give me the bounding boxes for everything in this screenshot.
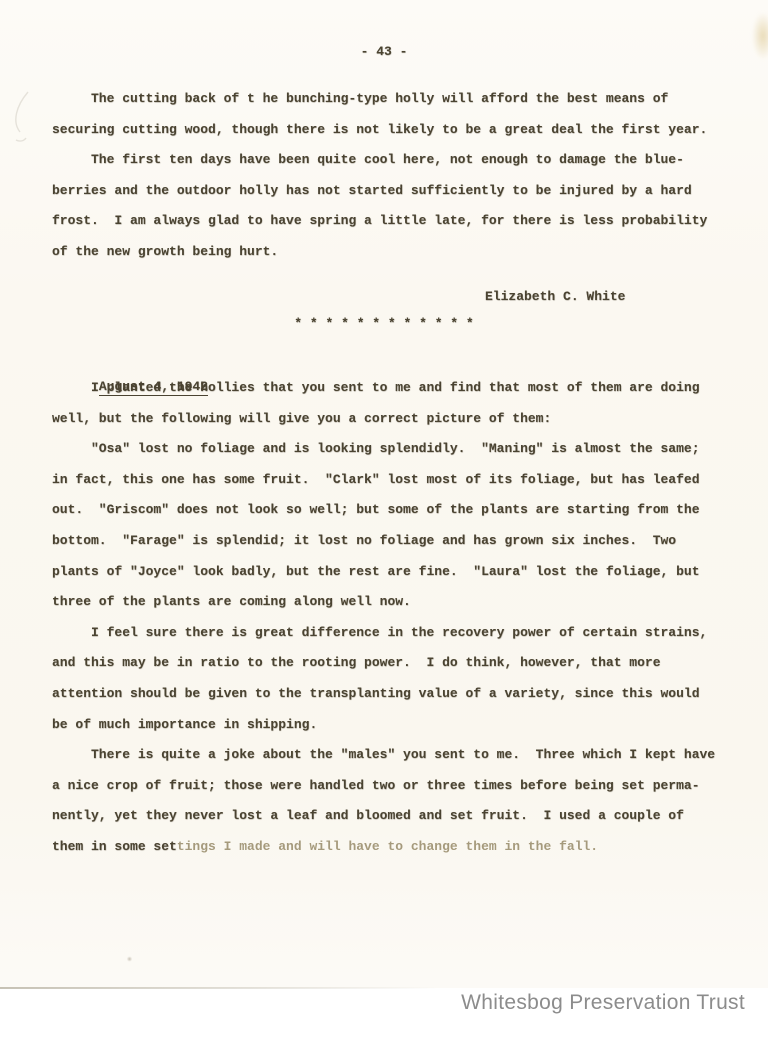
page-number: - 43 - <box>361 37 408 68</box>
scan-smudge <box>752 12 768 60</box>
text-line: "Osa" lost no foliage and is looking spl… <box>52 434 752 465</box>
text-line: frost. I am always glad to have spring a… <box>52 206 752 237</box>
text-line: out. "Griscom" does not look so well; bu… <box>52 495 752 526</box>
text-line: nently, yet they never lost a leaf and b… <box>52 801 752 832</box>
text-line: The first ten days have been quite cool … <box>52 145 752 176</box>
text-line: berries and the outdoor holly has not st… <box>52 176 752 207</box>
text-line: attention should be given to the transpl… <box>52 679 752 710</box>
scanned-paper: - 43 - The cutting back of t he bunching… <box>0 0 768 988</box>
watermark: Whitesbog Preservation Trust <box>461 991 745 1015</box>
text-line: a nice crop of fruit; those were handled… <box>52 771 752 802</box>
page-edge-shadow <box>0 987 461 989</box>
text-line: I planted the hollies that you sent to m… <box>52 373 752 404</box>
faded-line-faded-part: tings I made and will have to change the… <box>177 839 598 854</box>
letter-1-paragraphs: The cutting back of t he bunching-type h… <box>52 84 752 268</box>
text-line: and this may be in ratio to the rooting … <box>52 648 752 679</box>
faded-text-line: them in some settings I made and will ha… <box>52 832 752 863</box>
letter-1-body: The cutting back of t he bunching-type h… <box>52 84 752 268</box>
text-line: I feel sure there is great difference in… <box>52 618 752 649</box>
date-heading: August 4, 1942 <box>52 341 208 372</box>
scan-speck <box>127 956 132 962</box>
asterisk-separator: * * * * * * * * * * * * <box>294 309 473 340</box>
text-line: securing cutting wood, though there is n… <box>52 115 752 146</box>
text-line: The cutting back of t he bunching-type h… <box>52 84 752 115</box>
scan-smudge <box>6 88 36 148</box>
text-line: three of the plants are coming along wel… <box>52 587 752 618</box>
text-line: be of much importance in shipping. <box>52 710 752 741</box>
letter-2-paragraphs: I planted the hollies that you sent to m… <box>52 373 752 832</box>
text-line: in fact, this one has some fruit. "Clark… <box>52 465 752 496</box>
text-line: plants of "Joyce" look badly, but the re… <box>52 557 752 588</box>
document-scan-page: - 43 - The cutting back of t he bunching… <box>0 0 768 1056</box>
text-line: well, but the following will give you a … <box>52 404 752 435</box>
text-line: of the new growth being hurt. <box>52 237 752 268</box>
text-line: There is quite a joke about the "males" … <box>52 740 752 771</box>
letter-2-body: I planted the hollies that you sent to m… <box>52 373 752 863</box>
signature: Elizabeth C. White <box>485 282 625 313</box>
text-line: bottom. "Farage" is splendid; it lost no… <box>52 526 752 557</box>
faded-line-solid-part: them in some set <box>52 839 177 854</box>
